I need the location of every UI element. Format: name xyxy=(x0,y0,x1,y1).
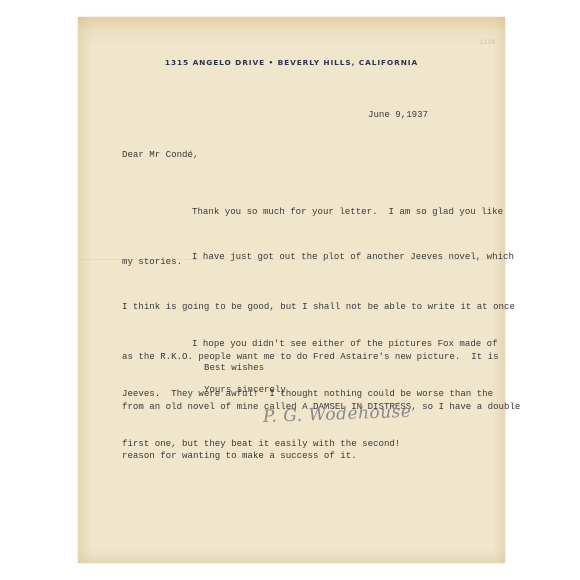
letter-date: June 9,1937 xyxy=(368,107,428,124)
margin-pencil-mark: 1119 xyxy=(480,39,495,46)
paragraph-line: Jeeves. They were awful! I thought nothi… xyxy=(122,386,498,403)
letterhead-address: 1315 ANGELO DRIVE • BEVERLY HILLS, CALIF… xyxy=(78,58,505,67)
paragraph-line: first one, but they beat it easily with … xyxy=(122,436,498,453)
paragraph-line: I have just got out the plot of another … xyxy=(122,249,520,266)
closing-best-wishes: Best wishes xyxy=(204,360,264,377)
salutation: Dear Mr Condé, xyxy=(122,147,198,164)
letter-sheet: 1119 1315 ANGELO DRIVE • BEVERLY HILLS, … xyxy=(78,17,505,563)
closing-yours-sincerely: Yours sincerely xyxy=(204,382,286,399)
paragraph-line: I hope you didn't see either of the pict… xyxy=(122,336,498,353)
paragraph-3: I hope you didn't see either of the pict… xyxy=(122,303,498,486)
